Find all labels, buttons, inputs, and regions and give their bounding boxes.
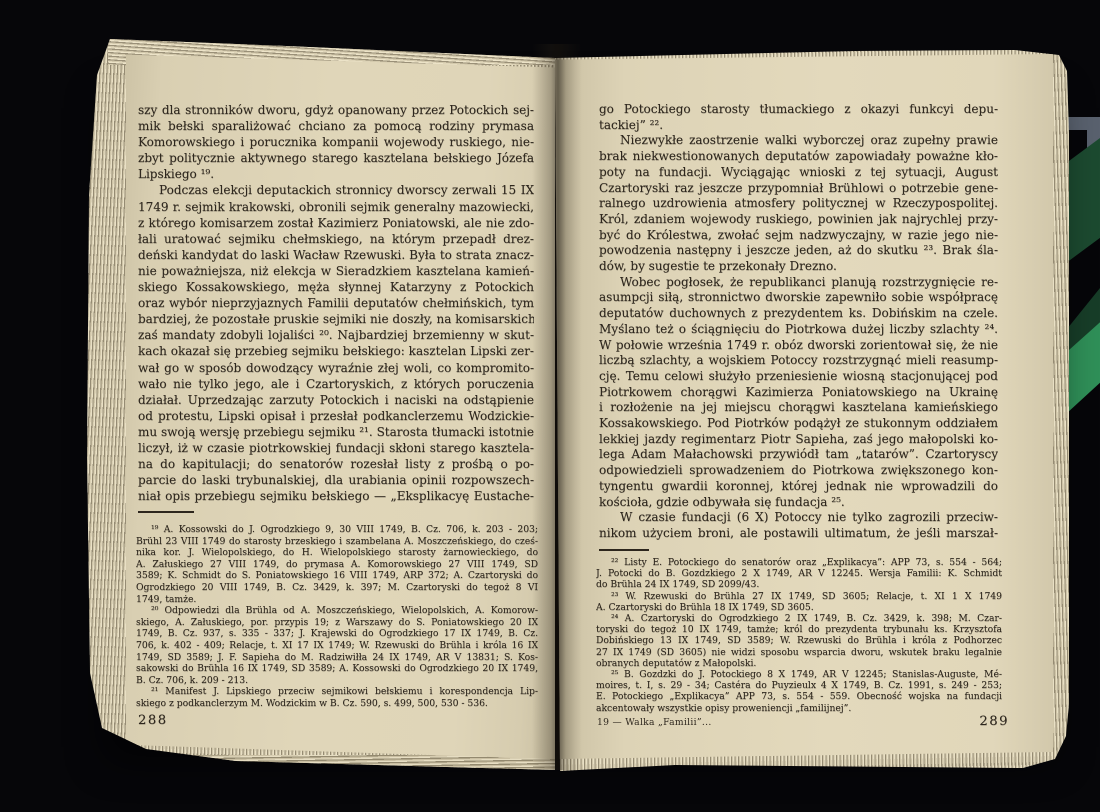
text-line: Piotrkowem chorągwi Kazimierza Poniatows… <box>599 385 998 401</box>
text-line: go Potockiego starosty tłumackiego z oka… <box>599 102 998 118</box>
text-line: A. Załuskiego 27 VIII 1749, do prymasa A… <box>136 559 538 571</box>
footnote-separator-left <box>138 511 194 513</box>
text-line: toryski do tegoż 10 IX 1749, tamże; król… <box>596 624 1002 635</box>
text-line: ²⁴ A. Czartoryski do Ogrodzkiego 2 IX 17… <box>596 613 1002 624</box>
text-line: łali uratować sejmiku chełmskiego, na kt… <box>138 231 534 247</box>
text-line: niał opis przebiegu sejmiku bełskiego — … <box>138 488 534 504</box>
text-line: Podczas elekcji deputackich stronnicy dw… <box>138 182 534 198</box>
text-line: i rozłożenie na jej miejscu chorągwi kas… <box>599 400 998 416</box>
text-line: Komorowskiego i porucznika kompanii woje… <box>138 134 534 150</box>
text-line: asumpcji siłą, stronnictwo dworskie zape… <box>599 290 998 306</box>
text-line: ²⁵ B. Gozdzki do J. Potockiego 8 X 1749,… <box>596 669 1002 680</box>
text-line: W czasie fundacji (6 X) Potoccy nie tylk… <box>599 510 998 526</box>
footnote-25: ²⁵ B. Gozdzki do J. Potockiego 8 X 1749,… <box>596 669 1002 714</box>
text-line: A. Czartoryski do Brühla 18 IX 1749, SD … <box>596 602 1002 613</box>
text-line: oraz wybór nieprzyjaznych Familii deputa… <box>138 295 534 311</box>
text-line: Kossakowskiego. Pod Piotrków podążył ze … <box>599 416 998 432</box>
footnote-19: ¹⁹ A. Kossowski do J. Ogrodzkiego 9, 30 … <box>136 524 538 605</box>
right-page-text: go Potockiego starosty tłumackiego z oka… <box>599 102 998 542</box>
text-line: ralnego uzdrowienia atmosfery polityczne… <box>599 196 998 212</box>
text-line: powodzenia następny i jeszcze jeden, aż … <box>599 243 998 259</box>
text-line: nikom użyciem broni, ale postawili ultim… <box>599 526 998 542</box>
text-line: moires, t. I, s. 29 - 34; Castéra do Puy… <box>596 680 1002 691</box>
page-number-right: 289 <box>979 714 1009 729</box>
text-line: być do Królestwa, zwołać sejm nadzwyczaj… <box>599 228 998 244</box>
text-line: skiego, A. Załuskiego, por. przypis 19; … <box>136 617 538 629</box>
text-line: Lipskiego ¹⁹. <box>138 166 534 182</box>
text-line: wał go w sposób dowodzący wyraźnie złej … <box>138 360 534 376</box>
text-line: kach okazał się przebieg sejmiku bełskie… <box>138 343 534 359</box>
text-line: parcie do laski trybunalskiej, dla urabi… <box>138 472 534 488</box>
text-line: E. Potockiego „Explikacya” APP 73, s. 55… <box>596 691 1002 702</box>
text-line: wało nie tylko jego, ale i Czartoryskich… <box>138 376 534 392</box>
text-line: zaś mandaty zdobyli lojaliści ²⁰. Najbar… <box>138 327 534 343</box>
text-line: deński kandydat do laski Wacław Rzewuski… <box>138 247 534 263</box>
text-line: Ogrodzkiego 20 VIII 1749, B. Cz. 3429, k… <box>136 582 538 594</box>
text-line: kościoła, gdzie odbywała się fundacja ²⁵… <box>599 495 998 511</box>
text-line: działał. Uprzedzając zarzuty Potockich i… <box>138 392 534 408</box>
text-line: mu swoją wersję przebiegu sejmiku ²¹. St… <box>138 424 534 440</box>
text-line: Brühl 23 VIII 1749 do starosty brzeskieg… <box>136 536 538 548</box>
text-line: ¹⁹ A. Kossowski do J. Ogrodzkiego 9, 30 … <box>136 524 538 536</box>
text-line: 3589; K. Schmidt do S. Poniatowskiego 16… <box>136 570 538 582</box>
text-line: 706, k. 402 - 409; Relacje, t. XI 17 IX … <box>136 640 538 652</box>
footnote-separator-right <box>599 549 649 551</box>
page-number-left: 288 <box>138 713 168 728</box>
text-line: Wobec pogłosek, że republikanci planują … <box>599 275 998 291</box>
text-line: od protestu, Lipski opisał i przesłał po… <box>138 408 534 424</box>
text-line: na do kapitulacji; do senatorów rozesłał… <box>138 456 534 472</box>
left-page-footnotes: ¹⁹ A. Kossowski do J. Ogrodzkiego 9, 30 … <box>136 524 538 710</box>
text-line: nika kor. J. Wielopolskiego, do H. Wielo… <box>136 547 538 559</box>
paragraph: W czasie fundacji (6 X) Potoccy nie tylk… <box>599 510 998 541</box>
left-page-text: szy dla stronników dworu, gdyż opanowany… <box>138 102 534 504</box>
paragraph: Niezwykłe zaostrzenie walki wyborczej or… <box>599 133 998 274</box>
text-line: dów, by sugestie te przekonały Drezno. <box>599 259 998 275</box>
footnote-24: ²⁴ A. Czartoryski do Ogrodzkiego 2 IX 17… <box>596 613 1002 669</box>
text-line: 1749, SD 3589; J. F. Sapieha do M. Radzi… <box>136 652 538 664</box>
text-line: 1749, B. Cz. 937, s. 335 - 337; J. Kraje… <box>136 628 538 640</box>
text-line: B. Cz. 706, k. 209 - 213. <box>136 675 538 687</box>
text-line: skiego Kossakowskiego, męża słynnej Kata… <box>138 279 534 295</box>
text-line: bardziej, że pozostałe pruskie sejmiki n… <box>138 311 534 327</box>
text-line: W połowie września 1749 r. obóz dworski … <box>599 338 998 354</box>
text-line: cję. Temu celowi służyło przeniesienie w… <box>599 369 998 385</box>
footnote-22: ²² Listy E. Potockiego do senatorów oraz… <box>596 557 1002 591</box>
paragraph: Wobec pogłosek, że republikanci planują … <box>599 275 998 511</box>
footnote-21: ²¹ Manifest J. Lipskiego przeciw sejmiko… <box>136 686 538 709</box>
text-line: deputatów duchownych z prezydentem ks. D… <box>599 306 998 322</box>
text-line: Czartoryski raz jeszcze przypomniał Brüh… <box>599 181 998 197</box>
right-page-footnotes: ²² Listy E. Potockiego do senatorów oraz… <box>596 557 1002 714</box>
text-line: sakowski do Brühla 16 IX 1749, SD 3589; … <box>136 663 538 675</box>
text-line: Król, zdaniem wojewody ruskiego, powinie… <box>599 212 998 228</box>
text-line: J. Potocki do B. Gozdzkiego 2 X 1749, AR… <box>596 568 1002 579</box>
text-line: Myślano też o ściągnięciu do Piotrkowa d… <box>599 322 998 338</box>
text-line: 27 IX 1749 (SD 3605) nie widzi sposobu w… <box>596 647 1002 658</box>
text-line: skiego z podkanclerzym M. Wodzickim w B.… <box>136 698 538 710</box>
text-line: odpowiedzieli sprowadzeniem do Piotrkowa… <box>599 463 998 479</box>
text-line: ²² Listy E. Potockiego do senatorów oraz… <box>596 557 1002 568</box>
paragraph: go Potockiego starosty tłumackiego z oka… <box>599 102 998 133</box>
text-line: do Brühla 24 IX 1749, SD 2099/43. <box>596 579 1002 590</box>
text-line: 1749, tamże. <box>136 594 538 606</box>
signature-mark: 19 — Walka „Familii”... <box>597 712 712 728</box>
text-line: mik bełski sparaliżować chciano za pomoc… <box>138 118 534 134</box>
text-line: brak niekwestionowanych deputatów zapowi… <box>599 149 998 165</box>
text-line: zbyt politycznie aktywnego starego kaszt… <box>138 150 534 166</box>
text-line: obranych deputatów z Małopolski. <box>596 658 1002 669</box>
paragraph: Podczas elekcji deputackich stronnicy dw… <box>138 182 534 504</box>
text-line: ²³ W. Rzewuski do Brühla 27 IX 1749, SD … <box>596 591 1002 602</box>
text-line: ²¹ Manifest J. Lipskiego przeciw sejmiko… <box>136 686 538 698</box>
paragraph: szy dla stronników dworu, gdyż opanowany… <box>138 102 534 182</box>
text-line: szy dla stronników dworu, gdyż opanowany… <box>138 102 534 118</box>
text-line: lekkiej jazdy regimentarz Piotr Sapieha,… <box>599 432 998 448</box>
footnote-20: ²⁰ Odpowiedzi dla Brühla od A. Moszczeńs… <box>136 605 538 686</box>
text-line: Niezwykłe zaostrzenie walki wyborczej or… <box>599 133 998 149</box>
text-line: 1749 r. sejmik krakowski, obronili sejmi… <box>138 199 534 215</box>
text-line: liczbą szlachty, a wojskiem Potoccy rozs… <box>599 353 998 369</box>
text-line: tackiej” ²². <box>599 118 998 134</box>
text-line: nie poważniejsza, niż elekcja w Sieradzk… <box>138 263 534 279</box>
text-line: Dobińskiego 13 IX 1749, SD 3589; W. Rzew… <box>596 635 1002 646</box>
text-line: tyngentu gwardii koronnej, której jednak… <box>599 479 998 495</box>
text-line: poty na fundacji. Wyciągając wnioski z t… <box>599 165 998 181</box>
text-line: liczył, iż w czasie piotrkowskiej fundac… <box>138 440 534 456</box>
footnote-23: ²³ W. Rzewuski do Brühla 27 IX 1749, SD … <box>596 591 1002 613</box>
text-line: ²⁰ Odpowiedzi dla Brühla od A. Moszczeńs… <box>136 605 538 617</box>
text-line: lega Adam Małachowski przywiódł tam „tat… <box>599 447 998 463</box>
right-page-footer: 19 — Walka „Familii”... 289 <box>597 712 1009 729</box>
text-line: z którego komisarzem został Kazimierz Po… <box>138 215 534 231</box>
